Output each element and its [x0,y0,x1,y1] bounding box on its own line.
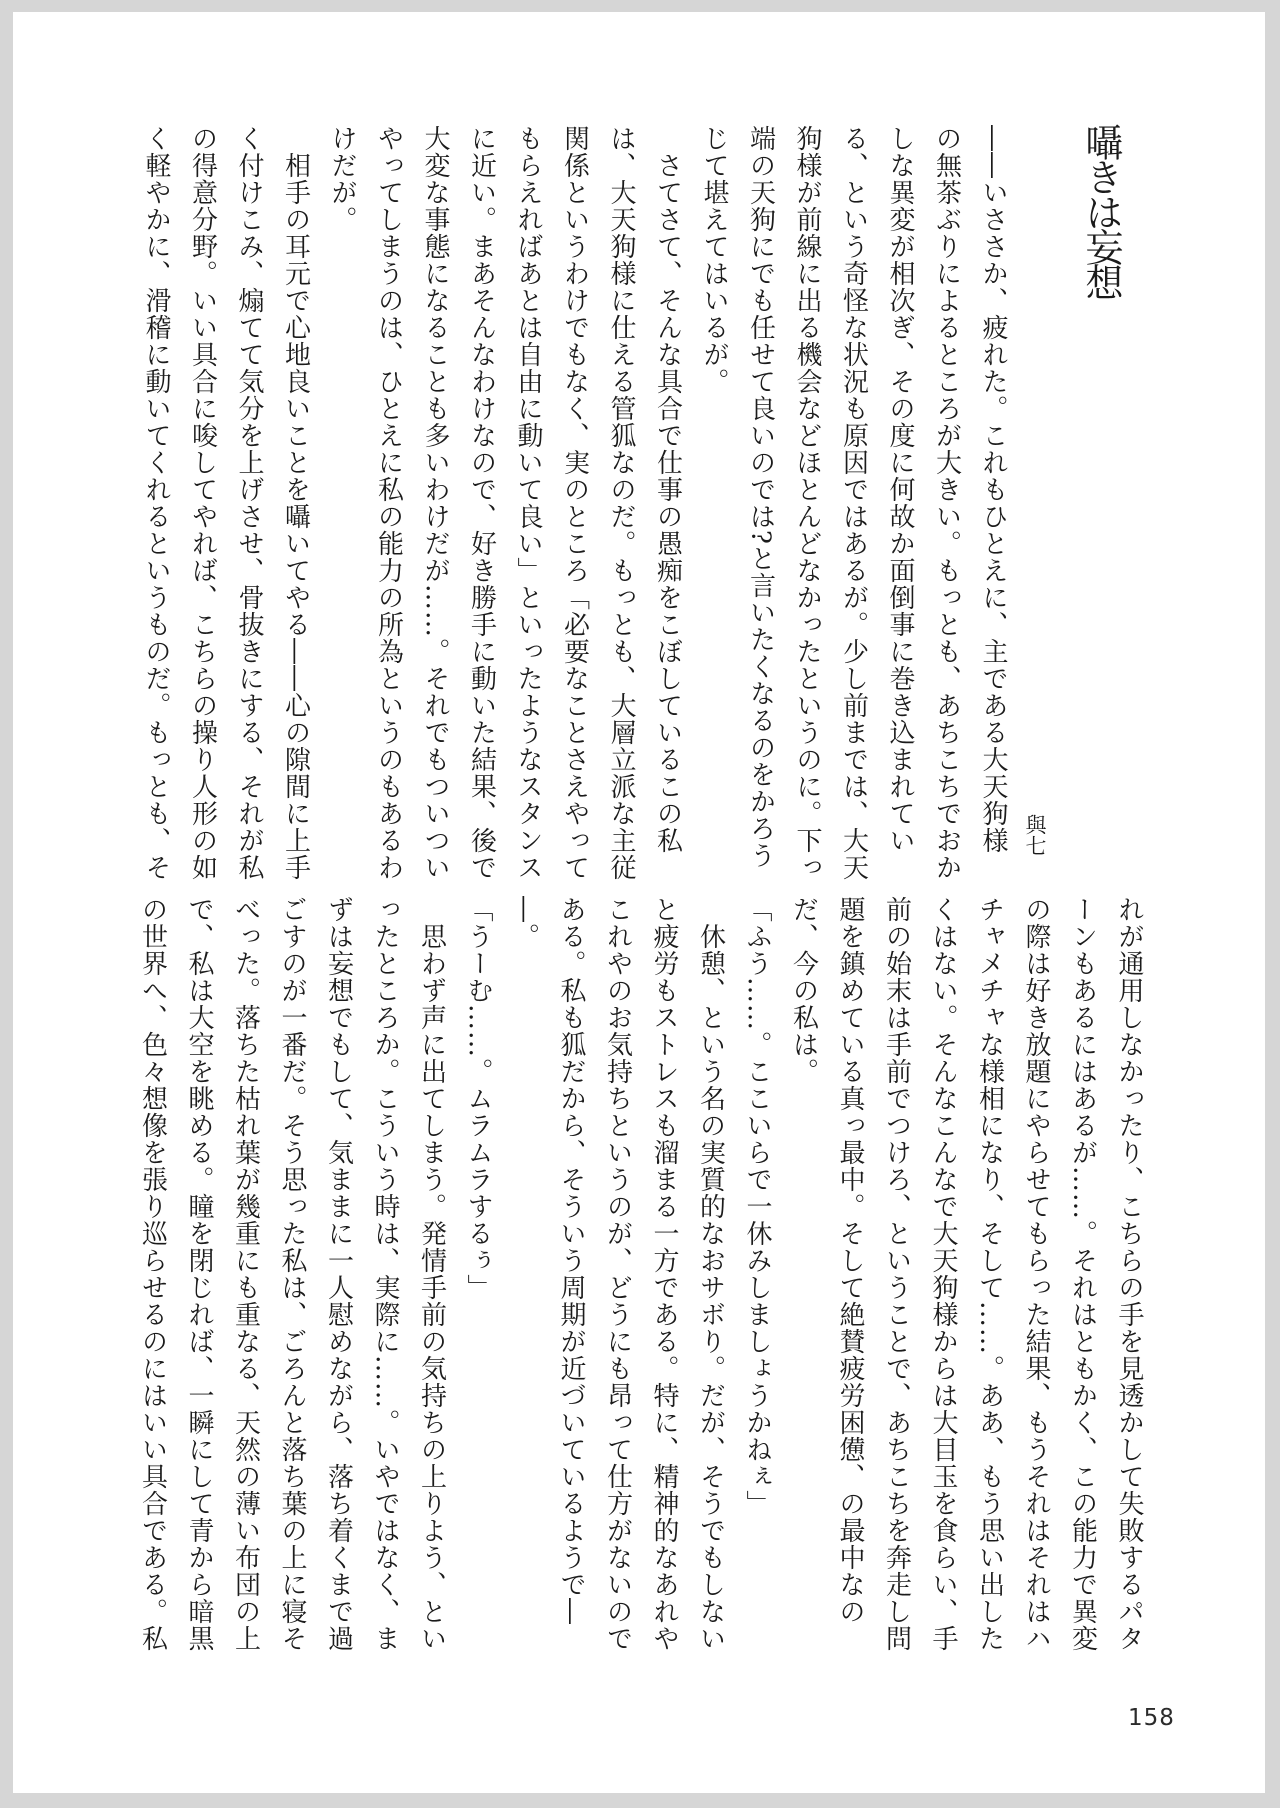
text-column: やってしまうのは、ひとえに私の能力の所為というのもあるわ [365,125,412,897]
text-block-lower: れが通用しなかったり、こちらの手を見透かして失敗するパタ ーンもあるにはあるが…… [129,896,1152,1686]
text-column: は、大天狗様に仕える管狐なのだ。もっとも、大層立派な主従 [598,125,645,897]
text-column: れが通用しなかったり、こちらの手を見透かして失敗するパタ [1106,896,1153,1686]
text-column: ずは妄想でもして、気ままに一人慰めながら、落ち着くまで過 [315,896,362,1686]
text-column: しな異変が相次ぎ、その度に何故か面倒事に巻き込まれてい [877,125,924,897]
text-column: く軽やかに、滑稽に動いてくれるというものだ。もっとも、そ [133,125,180,897]
text-column: さてさて、そんな具合で仕事の愚痴をこぼしているこの私 [644,125,691,897]
text-column: 題を鎮めている真っ最中。そして絶賛疲労困憊、の最中なの [827,896,874,1686]
text-column: 関係というわけでもなく、実のところ「必要なことさえやって [551,125,598,897]
text-column: けだが。 [319,125,366,897]
text-column: 端の天狗にでも任せて良いのでは?と言いたくなるのをかろう [737,125,784,897]
text-column: 「うーむ……。ムラムラするぅ」 [455,896,502,1686]
text-column: チャメチャな様相になり、そして……。ああ、もう思い出した [966,896,1013,1686]
text-column: の世界へ、色々想像を張り巡らせるのにはいい具合である。私 [129,896,176,1686]
text-column: ーンもあるにはあるが……。それはともかく、この能力で異変 [1059,896,1106,1686]
page-number: 158 [1128,1705,1175,1731]
text-column: これやのお気持ちというのが、どうにも昂って仕方がないので [594,896,641,1686]
text-column: 思わず声に出てしまう。発情手前の気持ちの上りよう、とい [408,896,455,1686]
text-column: 休憩、という名の実質的なおサボり。だが、そうでもしない [687,896,734,1686]
text-column: る、という奇怪な状況も原因ではあるが。少し前までは、大天 [830,125,877,897]
book-page-screenshot: { "page": { "title": "囁きは妄想", "author": … [0,0,1280,1808]
text-column: だ、今の私は。 [780,896,827,1686]
text-block-upper: ――いささか、疲れた。これもひとえに、主である大天狗様 の無茶ぶりによるところが… [133,125,1017,897]
text-column: で、私は大空を眺める。瞳を閉じれば、一瞬にして青から暗黒 [176,896,223,1686]
text-column: の際は好き放題にやらせてもらった結果、もうそれはそれはハ [1013,896,1060,1686]
text-column: 前の始末は手前でつけろ、ということで、あちこちを奔走し問 [873,896,920,1686]
text-column: ―。 [501,896,548,1686]
text-column: ごすのが一番だ。そう思った私は、ごろんと落ち葉の上に寝そ [269,896,316,1686]
text-column: 相手の耳元で心地良いことを囁いてやる――心の隙間に上手 [272,125,319,897]
text-column: もらえればあとは自由に動いて良い」といったようなスタンス [505,125,552,897]
author-name: 與七 [1021,814,1049,884]
text-column: ――いささか、疲れた。これもひとえに、主である大天狗様 [970,125,1017,897]
text-column: く付けこみ、煽てて気分を上げさせ、骨抜きにする、それが私 [226,125,273,897]
text-column: の得意分野。いい具合に唆してやれば、こちらの操り人形の如 [179,125,226,897]
text-column: 狗様が前線に出る機会などほとんどなかったというのに。下っ [784,125,831,897]
text-column: 大変な事態になることも多いわけだが……。それでもついつい [412,125,459,897]
text-column: ある。私も狐だから、そういう周期が近づいているようで― [548,896,595,1686]
text-column: くはない。そんなこんなで大天狗様からは大目玉を食らい、手 [920,896,967,1686]
text-column: と疲労もストレスも溜まる一方である。特に、精神的なあれや [641,896,688,1686]
text-column: べった。落ちた枯れ葉が幾重にも重なる、天然の薄い布団の上 [222,896,269,1686]
text-column: じて堪えてはいるが。 [691,125,738,897]
story-title: 囁きは妄想 [1077,123,1125,323]
text-column: の無茶ぶりによるところが大きい。もっとも、あちこちでおか [923,125,970,897]
text-column: に近い。まあそんなわけなので、好き勝手に動いた結果、後で [458,125,505,897]
text-column: ったところか。こういう時は、実際に……。いやではなく、ま [362,896,409,1686]
text-column: 「ふう……。ここいらで一休みしましょうかねぇ」 [734,896,781,1686]
